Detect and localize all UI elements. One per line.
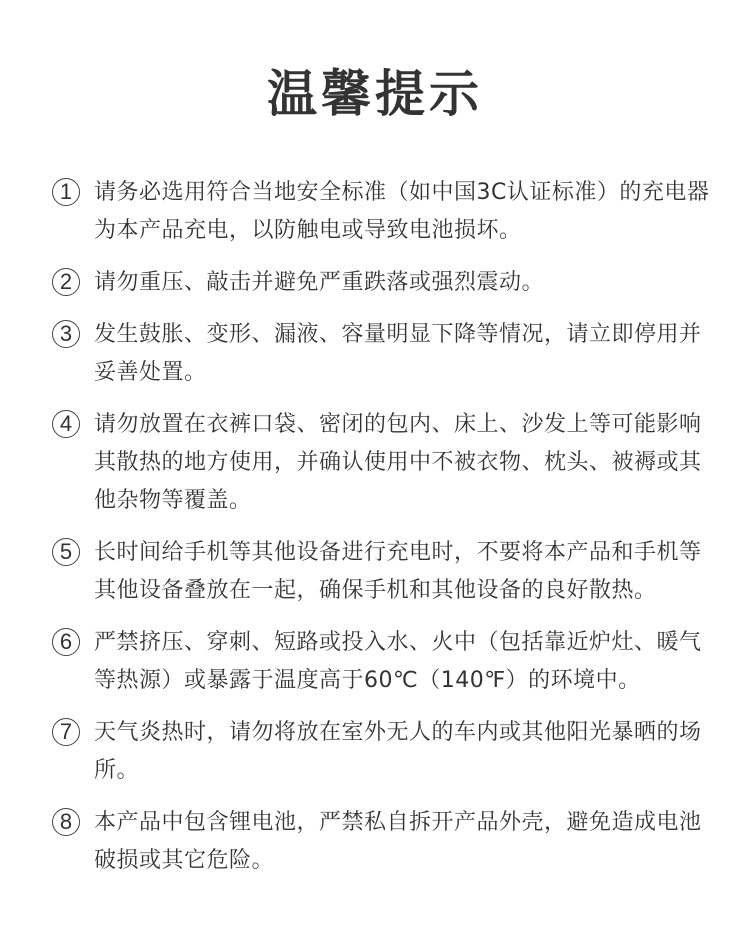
tip-item: 1 请务必选用符合当地安全标准（如中国3C认证标准）的充电器为本产品充电，以防触…	[52, 174, 712, 250]
tip-item: 8 本产品中包含锂电池，严禁私自拆开产品外壳，避免造成电池破损或其它危险。	[52, 804, 712, 880]
circled-number-badge: 2	[52, 268, 80, 296]
tip-item: 4 请勿放置在衣裤口袋、密闭的包内、床上、沙发上等可能影响其散热的地方使用，并确…	[52, 406, 712, 520]
tip-text: 天气炎热时，请勿将放在室外无人的车内或其他阳光暴晒的场所。	[94, 714, 712, 790]
tip-item: 3 发生鼓胀、变形、漏液、容量明显下降等情况，请立即停用并妥善处置。	[52, 316, 712, 392]
tip-item: 7 天气炎热时，请勿将放在室外无人的车内或其他阳光暴晒的场所。	[52, 714, 712, 790]
tip-text: 请勿放置在衣裤口袋、密闭的包内、床上、沙发上等可能影响其散热的地方使用，并确认使…	[94, 406, 712, 520]
tip-text: 长时间给手机等其他设备进行充电时，不要将本产品和手机等其他设备叠放在一起，确保手…	[94, 534, 712, 610]
circled-number-badge: 8	[52, 808, 80, 836]
circled-number-badge: 3	[52, 320, 80, 348]
page-title: 温馨提示	[0, 62, 750, 126]
circled-number-badge: 4	[52, 410, 80, 438]
tip-item: 5 长时间给手机等其他设备进行充电时，不要将本产品和手机等其他设备叠放在一起，确…	[52, 534, 712, 610]
tip-text: 请勿重压、敲击并避免严重跌落或强烈震动。	[94, 264, 712, 302]
tip-text: 发生鼓胀、变形、漏液、容量明显下降等情况，请立即停用并妥善处置。	[94, 316, 712, 392]
tips-list: 1 请务必选用符合当地安全标准（如中国3C认证标准）的充电器为本产品充电，以防触…	[52, 174, 712, 894]
circled-number-badge: 1	[52, 178, 80, 206]
circled-number-badge: 6	[52, 628, 80, 656]
circled-number-badge: 5	[52, 538, 80, 566]
tip-text: 严禁挤压、穿刺、短路或投入水、火中（包括靠近炉灶、暖气等热源）或暴露于温度高于6…	[94, 624, 712, 700]
tip-text: 本产品中包含锂电池，严禁私自拆开产品外壳，避免造成电池破损或其它危险。	[94, 804, 712, 880]
tip-item: 6 严禁挤压、穿刺、短路或投入水、火中（包括靠近炉灶、暖气等热源）或暴露于温度高…	[52, 624, 712, 700]
tip-item: 2 请勿重压、敲击并避免严重跌落或强烈震动。	[52, 264, 712, 302]
circled-number-badge: 7	[52, 718, 80, 746]
tip-text: 请务必选用符合当地安全标准（如中国3C认证标准）的充电器为本产品充电，以防触电或…	[94, 174, 712, 250]
